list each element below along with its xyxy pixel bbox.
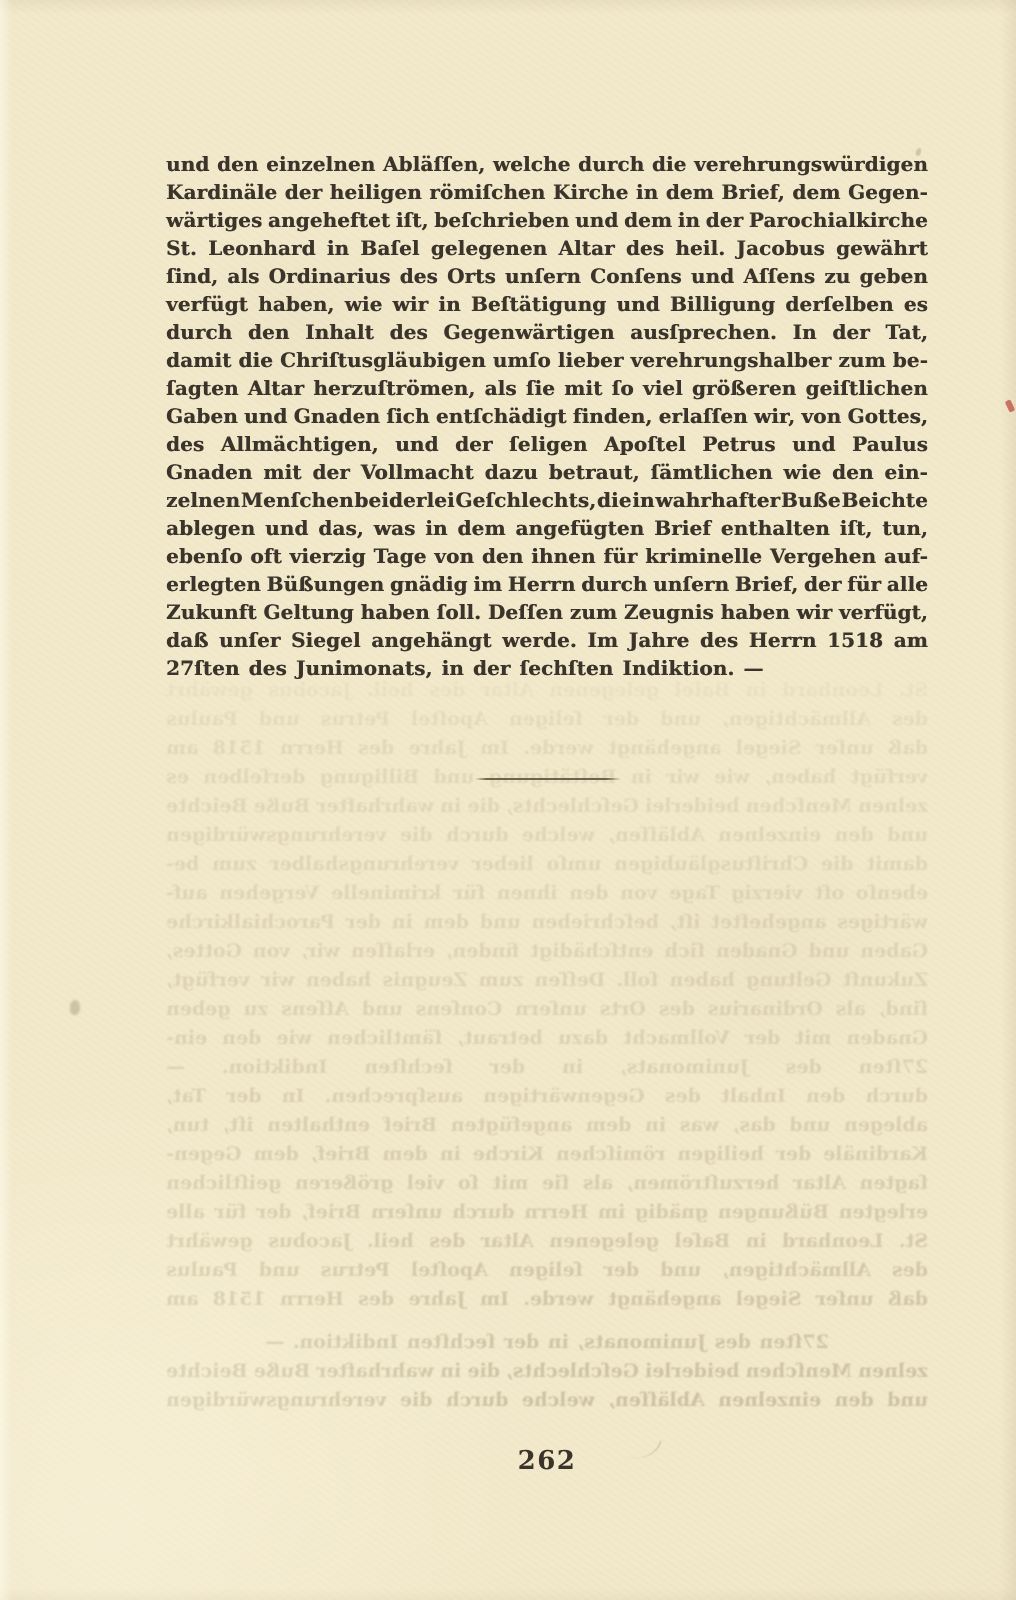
text-line: 27ſtendesJunimonats,inderſechſtenIndikti… bbox=[166, 654, 928, 682]
text-line: damitdieChriſtusgläubigenumſoliebervereh… bbox=[166, 346, 928, 374]
text-line: ſagtenAltarherzuſtrömen,alsſiemitſovielg… bbox=[166, 1169, 928, 1198]
text-line: ZukunftGeltunghabenſoll.DeſſenzumZeugnis… bbox=[166, 966, 928, 995]
text-line: ebenſooftvierzigTagevondenihnenfürkrimin… bbox=[166, 542, 928, 570]
text-line: GnadenmitderVollmachtdazubetraut,ſämtlic… bbox=[166, 1024, 928, 1053]
text-line: erlegtenBüßungengnädigimHerrndurchunſern… bbox=[166, 570, 928, 598]
text-line: ſind,alsOrdinariusdesOrtsunſernConſensun… bbox=[166, 995, 928, 1024]
text-line: St.LeonhardinBaſelgelegenenAltardesheil.… bbox=[166, 1227, 928, 1256]
text-line: wärtigesangeheftetiſt,beſchriebenunddemi… bbox=[166, 206, 928, 234]
text-line: damitdieChriſtusgläubigenumſoliebervereh… bbox=[166, 850, 928, 879]
body-text: unddeneinzelnenAbläſſen,welchedurchdieve… bbox=[166, 150, 928, 682]
book-page: St.LeonhardinBaſelgelegenenAltardesheil.… bbox=[0, 0, 1016, 1600]
text-line: 27ſtendesJunimonats,inderſechſtenIndikti… bbox=[166, 1328, 928, 1357]
text-line: desAllmächtigen,undderſeligenApoſtelPetr… bbox=[166, 430, 928, 458]
text-line: daßunſerSiegelangehängtwerde.ImJahredesH… bbox=[166, 1285, 928, 1314]
text-line: durchdenInhaltdesGegenwärtigenausſpreche… bbox=[166, 1082, 928, 1111]
text-line: daßunſerSiegelangehängtwerde.ImJahredesH… bbox=[166, 626, 928, 654]
text-line: daßunſerSiegelangehängtwerde.ImJahredesH… bbox=[166, 734, 928, 763]
text-line: ablegenunddas,wasindemangefügtenBriefent… bbox=[166, 1111, 928, 1140]
text-line: unddeneinzelnenAbläſſen,welchedurchdieve… bbox=[166, 821, 928, 850]
section-divider-rule bbox=[475, 778, 621, 780]
text-line: unddeneinzelnenAbläſſen,welchedurchdieve… bbox=[166, 150, 928, 178]
text-line: 27ſtendesJunimonats,inderſechſtenIndikti… bbox=[166, 1053, 928, 1082]
text-line: wärtigesangeheftetiſt,beſchriebenunddemi… bbox=[166, 908, 928, 937]
text-line: ablegenunddas,wasindemangefügtenBriefent… bbox=[166, 514, 928, 542]
text-line: zelnenMenſchenbeiderleiGeſchlechts,diein… bbox=[166, 1357, 928, 1386]
text-line: KardinälederheiligenrömiſchenKircheindem… bbox=[166, 1140, 928, 1169]
text-line: verfügthaben,wiewirinBeſtätigungundBilli… bbox=[166, 290, 928, 318]
text-line: GnadenmitderVollmachtdazubetraut,ſämtlic… bbox=[166, 458, 928, 486]
text-line: desAllmächtigen,undderſeligenApoſtelPetr… bbox=[166, 1256, 928, 1285]
text-line: KardinälederheiligenrömiſchenKircheindem… bbox=[166, 178, 928, 206]
text-line: zelnenMenſchenbeiderleiGeſchlechts,diein… bbox=[166, 486, 928, 514]
text-line: GabenundGnadenſichentſchädigtfinden,erla… bbox=[166, 937, 928, 966]
text-line: ebenſooftvierzigTagevondenihnenfürkrimin… bbox=[166, 879, 928, 908]
text-line: ſagtenAltarherzuſtrömen,alsſiemitſovielg… bbox=[166, 374, 928, 402]
text-line: ZukunftGeltunghabenſoll.DeſſenzumZeugnis… bbox=[166, 598, 928, 626]
text-line: durchdenInhaltdesGegenwärtigenausſpreche… bbox=[166, 318, 928, 346]
text-line: St.LeonhardinBaſelgelegenenAltardesheil.… bbox=[166, 234, 928, 262]
bleedthrough-text: St.LeonhardinBaſelgelegenenAltardesheil.… bbox=[166, 676, 928, 1415]
page-number: 262 bbox=[166, 1446, 928, 1476]
red-ink-speck bbox=[1005, 399, 1016, 412]
text-line: unddeneinzelnenAbläſſen,welchedurchdieve… bbox=[166, 1386, 928, 1415]
text-line: erlegtenBüßungengnädigimHerrndurchunſern… bbox=[166, 1198, 928, 1227]
text-line: ſind,alsOrdinariusdesOrtsunſernConſensun… bbox=[166, 262, 928, 290]
text-line: zelnenMenſchenbeiderleiGeſchlechts,diein… bbox=[166, 792, 928, 821]
text-line: desAllmächtigen,undderſeligenApoſtelPetr… bbox=[166, 705, 928, 734]
margin-smudge bbox=[70, 1000, 80, 1015]
text-line: GabenundGnadenſichentſchädigtfinden,erla… bbox=[166, 402, 928, 430]
